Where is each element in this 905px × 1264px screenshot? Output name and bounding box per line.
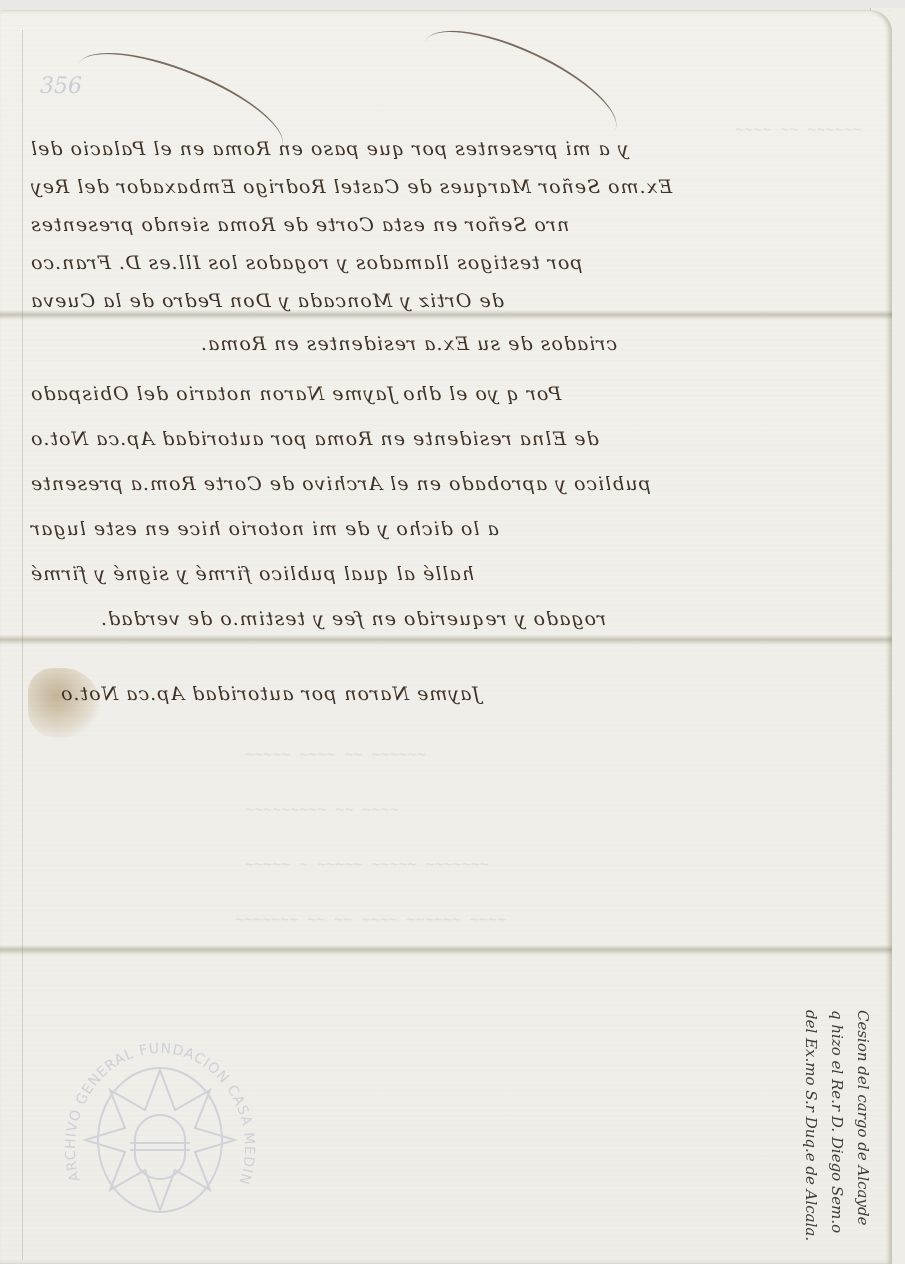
text-line: criados de su Ex.a residentes en Roma. [200, 325, 620, 363]
margin-rule [22, 30, 23, 1260]
text-line: de Elna residente en Roma por autoridad … [30, 420, 690, 458]
text-line: Por q yo el dho Jayme Naron notario del … [30, 375, 690, 413]
marginal-line: del Ex.mo S.r Duq.e de Alcala. [798, 1010, 824, 1264]
eight-point-star-seal-icon: ARCHIVO GENERAL FUNDACION CASA MEDINA SI… [60, 1040, 260, 1240]
text-line: Ex.mo Señor Marques de Castel Rodrigo Em… [30, 168, 690, 206]
marginal-line: Cesion del cargo de Alcayde [850, 1010, 876, 1264]
text-line: publico y aprobado en el Archivo de Cort… [30, 465, 690, 503]
bleed-through-text: ~~~~ ~~ ~~~~~~ [735, 120, 861, 138]
text-line: rogado y requerido en fee y testim.o de … [100, 600, 680, 638]
notary-signature: Jayme Naron por autoridad Ap.ca Not.o [60, 675, 700, 713]
bleed-through-text: ~~~~~ ~ ~~~~~ ~~~~~ ~~~~~~~ [245, 855, 489, 873]
text-line: por testigos llamados y rogados los Ill.… [30, 244, 690, 282]
text-line: de Ortiz y Moncada y Don Pedro de la Cue… [30, 282, 690, 320]
bleed-through-text: ~~~~~ ~~~~ ~~ ~~~~~~ [245, 745, 426, 763]
text-line: y a mi presentes por que paso en Roma en… [30, 130, 690, 168]
marginal-line: q hizo el Re.r D. Diego Sem.o [824, 1010, 850, 1264]
fold-line [0, 945, 892, 955]
text-line: hallé al qual publico firmé y signé y fi… [30, 555, 690, 593]
text-line: nro Señor en esta Corte de Roma siendo p… [30, 206, 690, 244]
marginal-note: Cesion del cargo de Alcayde q hizo el Re… [776, 1010, 876, 1264]
bleed-through-text: ~~~~~~~ ~~ ~~ ~~~~ ~~~~~~ ~~~~ [235, 910, 506, 928]
text-line: a lo dicho y de mi notorio hice en este … [30, 510, 690, 548]
svg-text:ARCHIVO GENERAL FUNDACION CASA: ARCHIVO GENERAL FUNDACION CASA MEDINA SI… [60, 1040, 257, 1187]
bleed-through-text: ~~~~~~~~~ ~~ ~~~~ [245, 800, 399, 818]
manuscript-page: 356 ~~~~ ~~ ~~~~~~ ~~~~~ ~~~~ ~~ ~~~~~~ … [0, 10, 892, 1264]
